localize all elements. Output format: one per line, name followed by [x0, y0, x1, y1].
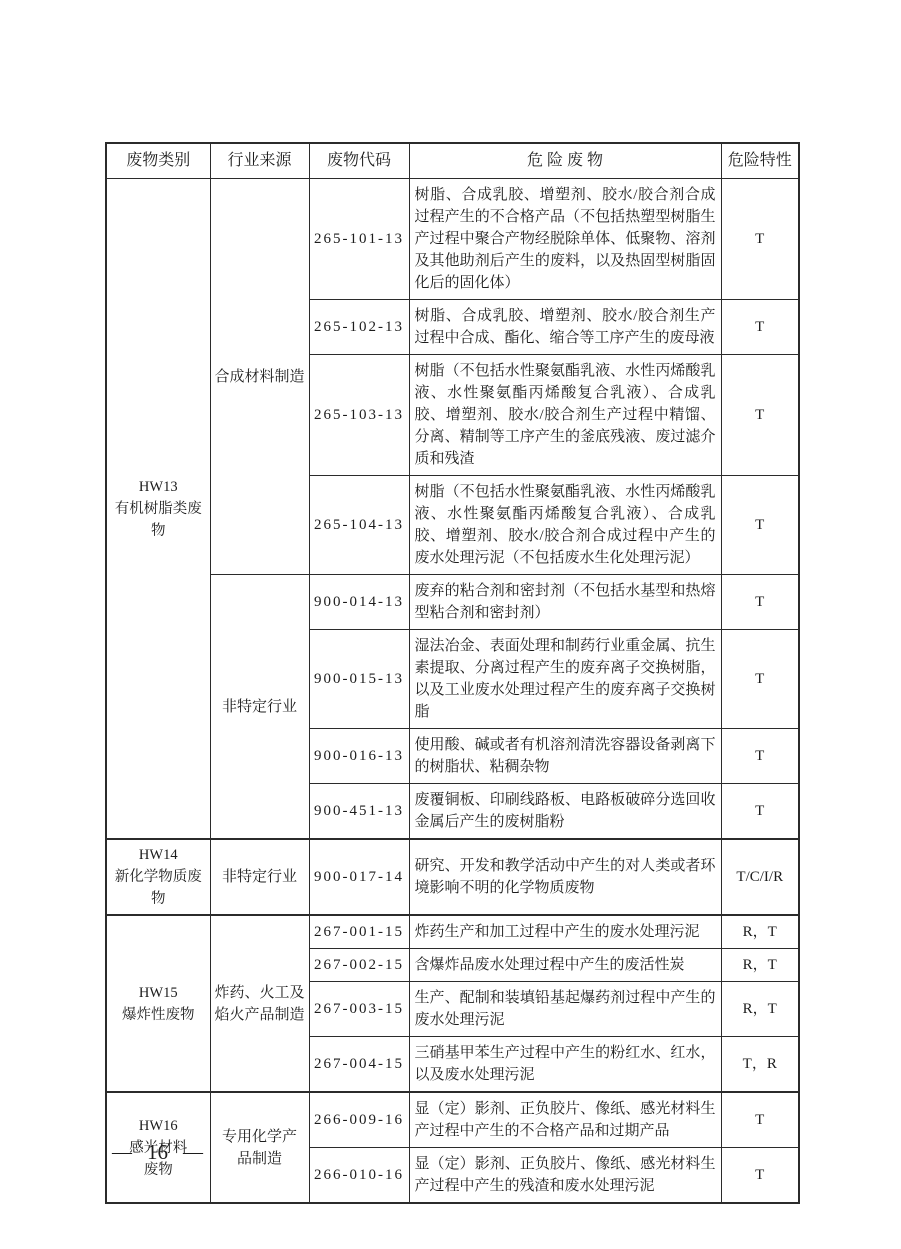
hazard-property-cell: T: [721, 1148, 799, 1204]
waste-code-cell: 267-003-15: [309, 982, 409, 1037]
table-row: HW14 新化学物质废物非特定行业900-017-14研究、开发和教学活动中产生…: [106, 839, 799, 915]
waste-description-cell: 树脂（不包括水性聚氨酯乳液、水性丙烯酸乳液、水性聚氨酯丙烯酸复合乳液）、合成乳胶…: [409, 476, 721, 575]
waste-description-cell: 树脂、合成乳胶、增塑剂、胶水/胶合剂生产过程中合成、酯化、缩合等工序产生的废母液: [409, 300, 721, 355]
header-industry-source: 行业来源: [210, 143, 309, 179]
waste-description-cell: 含爆炸品废水处理过程中产生的废活性炭: [409, 949, 721, 982]
hazard-property-cell: R，T: [721, 949, 799, 982]
industry-source-cell: 非特定行业: [210, 575, 309, 840]
hazard-property-cell: T: [721, 784, 799, 840]
industry-source-cell: 炸药、火工及 焰火产品制造: [210, 915, 309, 1092]
footer-page-number: 16: [147, 1140, 168, 1165]
hazard-property-cell: T: [721, 179, 799, 300]
waste-description-cell: 生产、配制和装填铅基起爆药剂过程中产生的废水处理污泥: [409, 982, 721, 1037]
header-hazard-property: 危险特性: [721, 143, 799, 179]
waste-code-cell: 900-015-13: [309, 630, 409, 729]
hazard-property-cell: T: [721, 575, 799, 630]
waste-code-cell: 267-002-15: [309, 949, 409, 982]
waste-description-cell: 废弃的粘合剂和密封剂（不包括水基型和热熔型粘合剂和密封剂）: [409, 575, 721, 630]
table-header-row: 废物类别 行业来源 废物代码 危 险 废 物 危险特性: [106, 143, 799, 179]
waste-code-cell: 267-001-15: [309, 915, 409, 949]
header-hazardous-waste: 危 险 废 物: [409, 143, 721, 179]
hazard-property-cell: T: [721, 729, 799, 784]
waste-description-cell: 研究、开发和教学活动中产生的对人类或者环境影响不明的化学物质废物: [409, 839, 721, 915]
hazardous-waste-table: 废物类别 行业来源 废物代码 危 险 废 物 危险特性 HW13 有机树脂类废物…: [105, 142, 800, 1204]
waste-code-cell: 267-004-15: [309, 1037, 409, 1093]
waste-description-cell: 湿法冶金、表面处理和制药行业重金属、抗生素提取、分离过程产生的废弃离子交换树脂，…: [409, 630, 721, 729]
waste-code-cell: 900-451-13: [309, 784, 409, 840]
hazard-property-cell: R，T: [721, 915, 799, 949]
hazard-property-cell: T: [721, 300, 799, 355]
waste-description-cell: 三硝基甲苯生产过程中产生的粉红水、红水，以及废水处理污泥: [409, 1037, 721, 1093]
hazard-property-cell: T/C/I/R: [721, 839, 799, 915]
waste-code-cell: 265-101-13: [309, 179, 409, 300]
waste-code-cell: 265-103-13: [309, 355, 409, 476]
table-row: HW13 有机树脂类废物合成材料制造265-101-13树脂、合成乳胶、增塑剂、…: [106, 179, 799, 300]
page-footer: — 16 —: [112, 1140, 203, 1165]
hazard-property-cell: R，T: [721, 982, 799, 1037]
waste-description-cell: 树脂、合成乳胶、增塑剂、胶水/胶合剂合成过程产生的不合格产品（不包括热塑型树脂生…: [409, 179, 721, 300]
waste-description-cell: 树脂（不包括水性聚氨酯乳液、水性丙烯酸乳液、水性聚氨酯丙烯酸复合乳液）、合成乳胶…: [409, 355, 721, 476]
table-row: 非特定行业900-014-13废弃的粘合剂和密封剂（不包括水基型和热熔型粘合剂和…: [106, 575, 799, 630]
hazard-property-cell: T: [721, 1092, 799, 1148]
hazard-property-cell: T: [721, 355, 799, 476]
header-waste-category: 废物类别: [106, 143, 210, 179]
header-waste-code: 废物代码: [309, 143, 409, 179]
waste-code-cell: 266-010-16: [309, 1148, 409, 1204]
waste-code-cell: 900-016-13: [309, 729, 409, 784]
waste-category-cell: HW15 爆炸性废物: [106, 915, 210, 1092]
footer-dash-right: —: [183, 1141, 203, 1164]
footer-dash-left: —: [112, 1141, 132, 1164]
waste-description-cell: 废覆铜板、印刷线路板、电路板破碎分选回收金属后产生的废树脂粉: [409, 784, 721, 840]
table-row: HW15 爆炸性废物炸药、火工及 焰火产品制造267-001-15炸药生产和加工…: [106, 915, 799, 949]
industry-source-cell: 非特定行业: [210, 839, 309, 915]
hazard-property-cell: T: [721, 630, 799, 729]
waste-code-cell: 265-104-13: [309, 476, 409, 575]
hazard-property-cell: T: [721, 476, 799, 575]
hazard-property-cell: T，R: [721, 1037, 799, 1093]
waste-code-cell: 900-017-14: [309, 839, 409, 915]
waste-table-body: HW13 有机树脂类废物合成材料制造265-101-13树脂、合成乳胶、增塑剂、…: [106, 179, 799, 1204]
waste-code-cell: 266-009-16: [309, 1092, 409, 1148]
industry-source-cell: 专用化学产 品制造: [210, 1092, 309, 1203]
waste-description-cell: 显（定）影剂、正负胶片、像纸、感光材料生产过程中产生的残渣和废水处理污泥: [409, 1148, 721, 1204]
waste-description-cell: 显（定）影剂、正负胶片、像纸、感光材料生产过程中产生的不合格产品和过期产品: [409, 1092, 721, 1148]
waste-description-cell: 炸药生产和加工过程中产生的废水处理污泥: [409, 915, 721, 949]
industry-source-cell: 合成材料制造: [210, 179, 309, 575]
waste-category-cell: HW14 新化学物质废物: [106, 839, 210, 915]
waste-code-cell: 900-014-13: [309, 575, 409, 630]
waste-category-cell: HW13 有机树脂类废物: [106, 179, 210, 840]
waste-description-cell: 使用酸、碱或者有机溶剂清洗容器设备剥离下的树脂状、粘稠杂物: [409, 729, 721, 784]
document-page: 废物类别 行业来源 废物代码 危 险 废 物 危险特性 HW13 有机树脂类废物…: [0, 0, 901, 1249]
table-row: HW16 感光材料 废物专用化学产 品制造266-009-16显（定）影剂、正负…: [106, 1092, 799, 1148]
waste-code-cell: 265-102-13: [309, 300, 409, 355]
